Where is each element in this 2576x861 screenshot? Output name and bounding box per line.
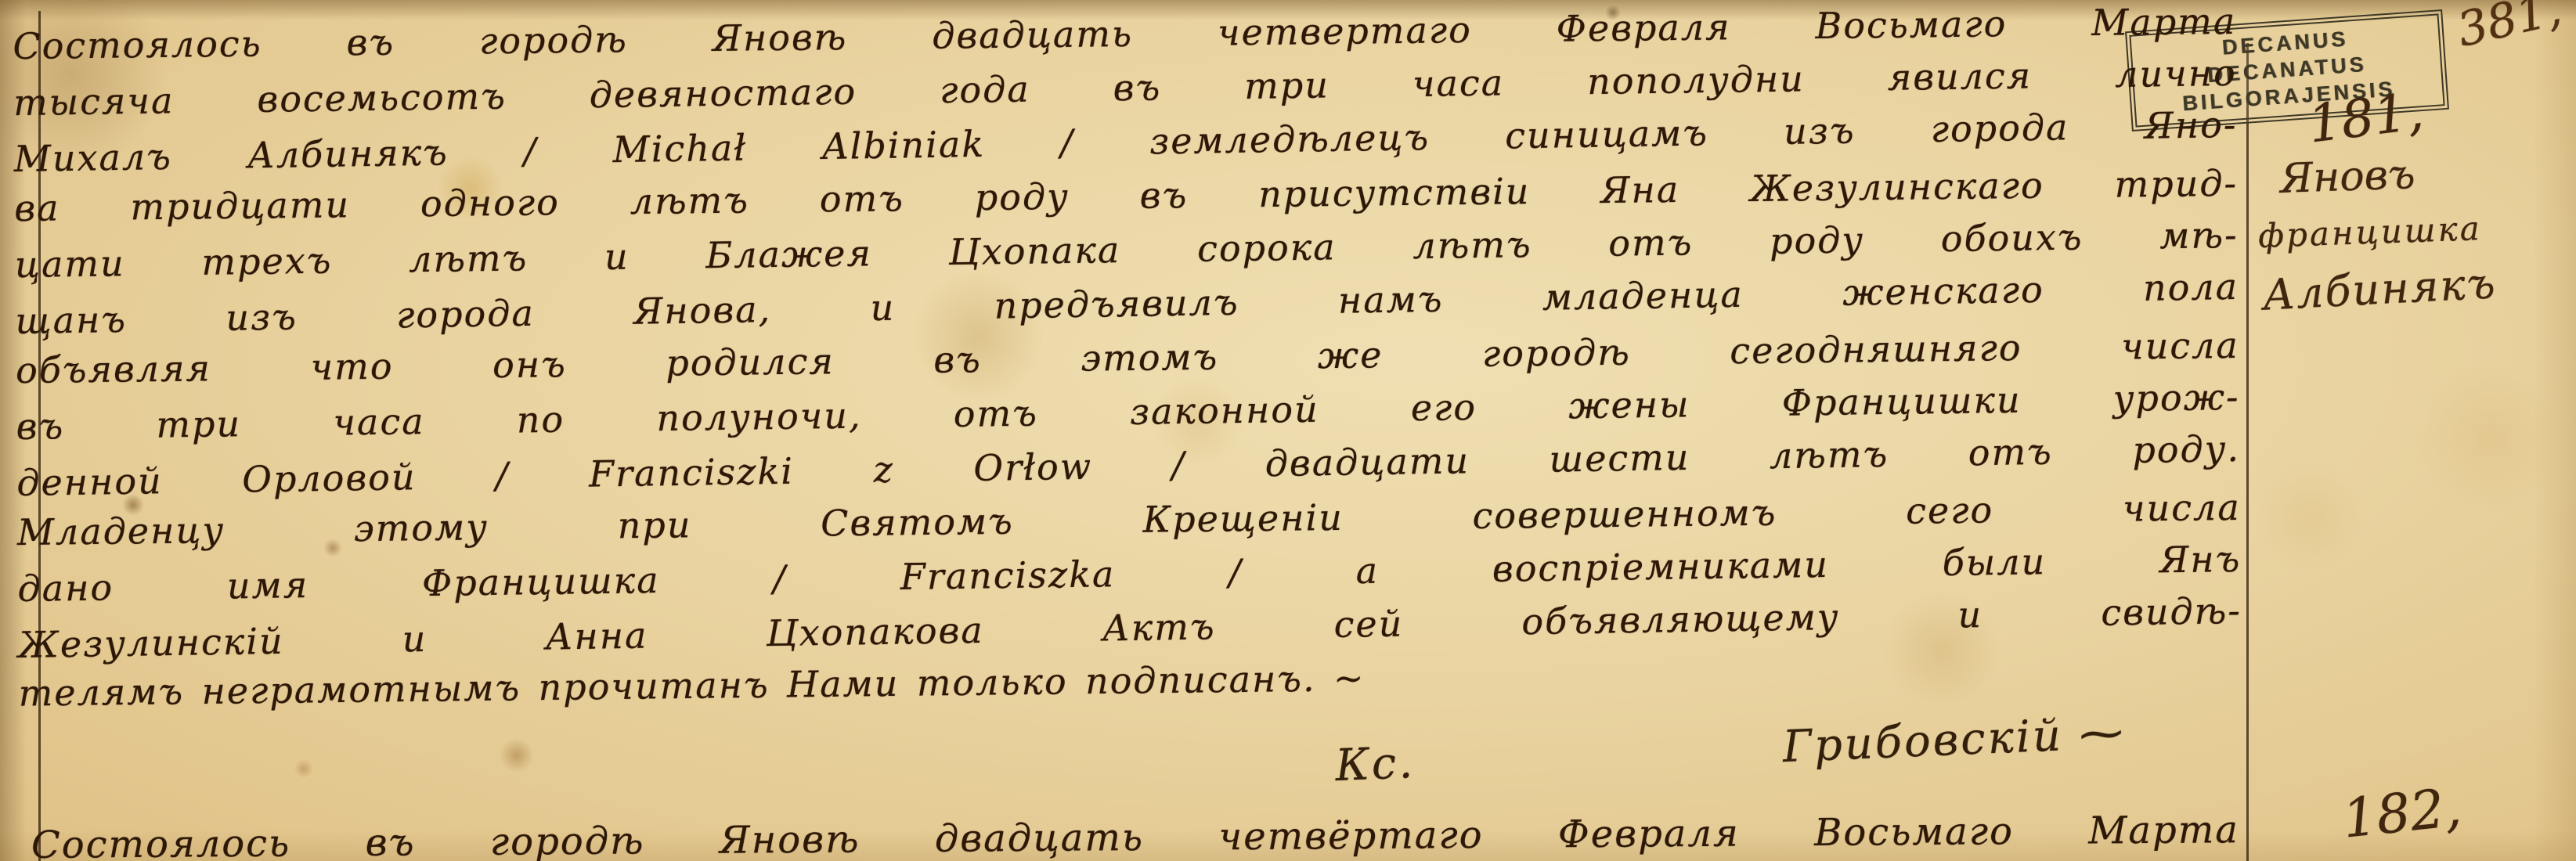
word: Орловой xyxy=(242,452,417,503)
word: сего xyxy=(1906,485,1994,535)
record-1-margin-given-name: францишка xyxy=(2257,209,2482,255)
word: городѣ xyxy=(490,819,645,861)
word: объявляющему xyxy=(1521,593,1840,646)
word: явился xyxy=(1887,51,2032,101)
word: и xyxy=(402,614,428,663)
word: сорока xyxy=(1197,222,1337,272)
word: обоихъ xyxy=(1940,213,2084,263)
word: сей xyxy=(1333,600,1404,649)
word: въ xyxy=(1113,63,1161,112)
word: трехъ xyxy=(201,236,333,286)
word: Orłow xyxy=(973,442,1093,492)
word: одного xyxy=(420,178,560,228)
word: девяностаго xyxy=(589,67,857,120)
word: онъ xyxy=(492,340,567,389)
word: Младенцу xyxy=(17,506,225,557)
word: этому xyxy=(354,503,489,553)
record-2-number: 182, xyxy=(2340,776,2464,850)
word: роду. xyxy=(2132,424,2241,474)
word: шести xyxy=(1549,433,1690,484)
word: телямъ xyxy=(18,667,184,717)
word: родился xyxy=(666,337,835,387)
word: и xyxy=(870,283,896,332)
word: прочитанъ xyxy=(538,661,770,711)
word: совершенномъ xyxy=(1472,488,1777,540)
word: Францишка xyxy=(422,556,660,607)
word: изъ xyxy=(1784,106,1856,156)
word: въ xyxy=(346,18,395,67)
word: этомъ xyxy=(1081,333,1219,383)
word: Францишки xyxy=(1781,376,2022,427)
word: и xyxy=(1957,590,1983,639)
word: Актъ xyxy=(1102,602,1216,652)
word: сегодняшняго xyxy=(1730,323,2022,375)
word: года xyxy=(940,65,1030,115)
word: числа xyxy=(2121,321,2239,371)
word: синицамъ xyxy=(1505,108,1709,160)
word: дано xyxy=(17,563,114,613)
word: Яна xyxy=(1600,165,1680,214)
word: неграмотнымъ xyxy=(201,663,521,715)
word: Michał xyxy=(612,124,747,175)
word: лѣтъ xyxy=(1770,430,1889,480)
word: Блажея xyxy=(705,229,872,279)
word: отъ xyxy=(1968,427,2053,477)
word: / xyxy=(1228,548,1243,596)
register-page: 381, DECANUS DECANATUS BILGORAJENSIS 181… xyxy=(0,0,2576,861)
record-1-text: СостоялосьвъгородѣЯновѣдвадцатьчетвертаг… xyxy=(13,0,2236,9)
word: тридцати xyxy=(130,180,350,231)
word: были xyxy=(1942,537,2046,587)
signature-prefix: Кс. xyxy=(1334,737,1416,791)
word: часа xyxy=(333,397,425,447)
word: Franciszki xyxy=(589,447,795,499)
word: полуночи, xyxy=(656,391,862,443)
word: а xyxy=(1355,546,1379,595)
word: Цхопакова xyxy=(766,606,984,657)
word: урож- xyxy=(2112,373,2239,423)
word: четвёртаго xyxy=(1218,813,1484,859)
word: / xyxy=(496,451,510,499)
word: роду xyxy=(1770,215,1865,265)
word: ~ xyxy=(1333,654,1366,702)
word: Жезулинскій xyxy=(18,617,284,669)
signature-name: Грибовскій ⁓ xyxy=(1782,708,2127,773)
word: Жезулинскаго xyxy=(1750,161,2044,213)
word: тысяча xyxy=(13,76,175,127)
word: трид- xyxy=(2114,159,2238,209)
word: же xyxy=(1317,330,1383,380)
word: Анна xyxy=(545,611,648,661)
word: пола xyxy=(2143,262,2239,312)
word: двадцать xyxy=(932,9,1133,60)
word: цати xyxy=(14,239,125,289)
word: жены xyxy=(1568,380,1690,430)
word: Февраля xyxy=(1556,2,1730,53)
word: отъ xyxy=(953,389,1038,438)
word: Яновѣ xyxy=(720,817,860,861)
word: имя xyxy=(227,560,309,610)
record-1-margin-town: Яновъ xyxy=(2279,151,2415,203)
word: восемьсотъ xyxy=(257,72,507,124)
word: Яно- xyxy=(2144,100,2238,150)
word: свидѣ- xyxy=(2101,586,2242,637)
word: двадцати xyxy=(1265,436,1470,488)
word: z xyxy=(873,445,894,494)
word: что xyxy=(310,342,394,391)
word: воспріемниками xyxy=(1492,540,1830,593)
word: Февраля xyxy=(1558,812,1740,857)
word: четвертаго xyxy=(1218,5,1473,57)
word: по xyxy=(516,395,565,445)
word: отъ xyxy=(820,174,905,223)
word: Franciszka xyxy=(900,549,1115,601)
word: три xyxy=(1244,60,1330,110)
word: законной xyxy=(1130,385,1319,436)
word: роду xyxy=(974,172,1070,222)
word: и xyxy=(604,232,630,281)
word: Состоялось xyxy=(31,822,291,861)
word: двадцать xyxy=(935,816,1145,861)
word: Янъ xyxy=(2159,535,2242,584)
word: Албинякъ xyxy=(247,128,449,179)
word: Марта xyxy=(2091,0,2237,47)
word: его xyxy=(1410,383,1477,432)
word: три xyxy=(156,399,242,449)
word: Святомъ xyxy=(821,497,1014,548)
word: лѣтъ xyxy=(1412,220,1532,270)
word: пополудни xyxy=(1587,54,1806,106)
word: Цхопака xyxy=(948,225,1121,276)
word: въ xyxy=(1139,171,1188,220)
word: Михалъ xyxy=(13,132,172,183)
margin-divider-rule xyxy=(2246,43,2249,861)
word: подписанъ. xyxy=(1085,654,1316,705)
record-1-margin-surname: Албинякъ xyxy=(2262,258,2498,320)
word: въ xyxy=(933,335,982,384)
word: Яновѣ xyxy=(712,13,847,63)
word: отъ xyxy=(1608,218,1694,267)
priest-signature: Кс. Грибовскій ⁓ xyxy=(1334,708,2127,791)
folio-number: 381, xyxy=(2452,0,2567,58)
word: города xyxy=(396,289,536,340)
word: женскаго xyxy=(1842,265,2044,317)
word: / xyxy=(1060,118,1074,167)
record-2-first-line: СостоялосьвъгородѣЯновѣдвадцатьчетвёртаг… xyxy=(31,808,2239,861)
word: присутствіи xyxy=(1258,167,1531,218)
word: земледѣлецъ xyxy=(1149,113,1431,166)
word: въ xyxy=(365,820,415,861)
word: денной xyxy=(16,456,163,507)
word: / xyxy=(523,127,537,175)
word: въ xyxy=(16,402,64,451)
record-1-number: 181, xyxy=(2305,81,2426,154)
word: лично xyxy=(2115,49,2237,99)
word: намъ xyxy=(1337,275,1443,325)
word: Марта xyxy=(2088,808,2239,852)
word: объявляя xyxy=(16,344,212,394)
word: Восьмаго xyxy=(1814,809,2014,855)
word: числа xyxy=(2123,483,2241,533)
word: мѣ- xyxy=(2159,211,2239,260)
word: изъ xyxy=(225,292,298,341)
word: городѣ xyxy=(1482,328,1632,378)
word: предъявилъ xyxy=(994,278,1239,330)
word: ва xyxy=(14,183,60,232)
word: младенца xyxy=(1542,270,1744,322)
word: городѣ xyxy=(479,15,629,65)
word: щанъ xyxy=(15,295,127,345)
word: при xyxy=(617,500,691,549)
word: Восьмаго xyxy=(1815,0,2008,50)
word: Нами xyxy=(787,659,900,709)
word: Янова, xyxy=(633,285,772,336)
word: только xyxy=(916,657,1068,707)
word: / xyxy=(1171,441,1185,489)
word: часа xyxy=(1412,58,1504,108)
word: Albiniak xyxy=(822,120,986,171)
word: Состоялось xyxy=(13,19,262,70)
word: лѣтъ xyxy=(409,233,529,283)
word: лѣтъ xyxy=(630,175,749,225)
word: / xyxy=(773,554,787,603)
word: Крещеніи xyxy=(1142,493,1344,544)
word: города xyxy=(1930,103,2069,153)
